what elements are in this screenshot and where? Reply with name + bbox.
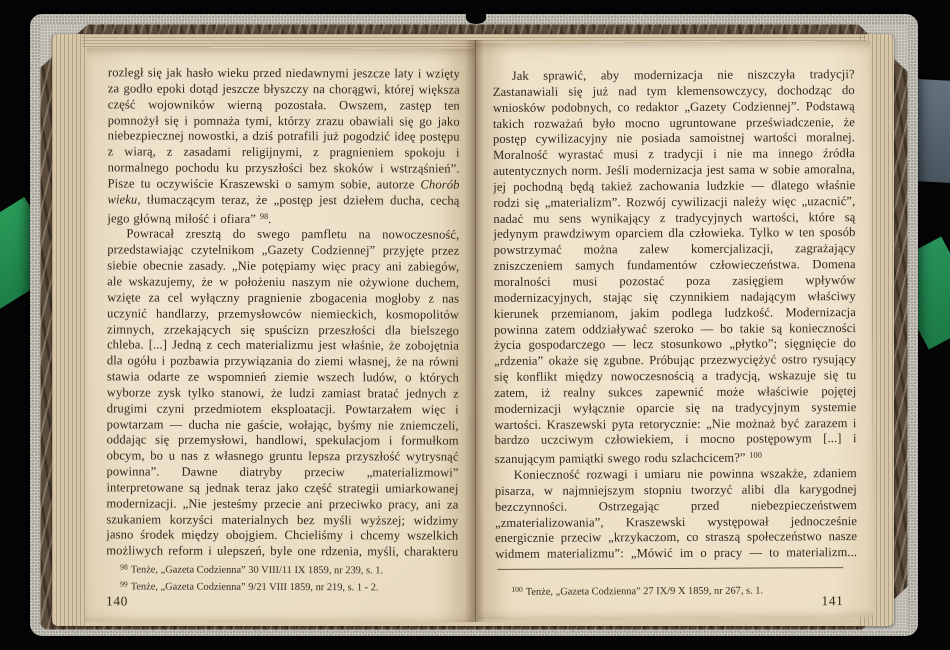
right-page-footnotes: 100Tenże, „Gazeta Codzienna” 27 IX/9 X 1…: [497, 581, 849, 599]
book-spine-notch: [466, 12, 486, 24]
footnote-marker: 98: [120, 562, 128, 571]
footnote: 100Tenże, „Gazeta Codzienna” 27 IX/9 X 1…: [497, 581, 849, 599]
paragraph: Konieczność rozwagi i umiaru nie powinna…: [495, 466, 858, 565]
page-stack-edge-left: [52, 34, 88, 626]
footnote-marker: 100: [511, 585, 522, 594]
footnote-text: Tenże, „Gazeta Codzienna” 30 VIII/11 IX …: [131, 564, 383, 576]
left-page-text: rozległ się jak hasło wieku przed niedaw…: [106, 65, 460, 558]
footnote-text: Tenże, „Gazeta Codzienna” 27 IX/9 X 1859…: [526, 586, 763, 598]
left-page-footnotes: 98Tenże, „Gazeta Codzienna” 30 VIII/11 I…: [106, 560, 458, 594]
footnote-marker: 99: [120, 579, 128, 588]
page-number-right: 141: [821, 593, 843, 609]
footnote: 98Tenże, „Gazeta Codzienna” 30 VIII/11 I…: [106, 560, 458, 578]
page-number-left: 140: [106, 593, 128, 609]
footnote-separator-rule: [497, 567, 843, 570]
paragraph: Powracał zresztą do swego pamfletu na no…: [106, 227, 459, 559]
photo-scene: rozległ się jak hasło wieku przed niedaw…: [0, 0, 950, 650]
footnote: 99Tenże, „Gazeta Codzienna” 9/21 VIII 18…: [106, 577, 458, 595]
right-page: Jak sprawić, aby modernizacja nie niszcz…: [474, 41, 873, 619]
paragraph: rozległ się jak hasło wieku przed niedaw…: [107, 65, 460, 228]
paragraph: Jak sprawić, aby modernizacja nie niszcz…: [493, 67, 857, 468]
left-page: rozległ się jak hasło wieku przed niedaw…: [85, 47, 475, 622]
footnote-text: Tenże, „Gazeta Codzienna” 9/21 VIII 1859…: [131, 581, 379, 593]
right-page-text: Jak sprawić, aby modernizacja nie niszcz…: [493, 67, 858, 565]
